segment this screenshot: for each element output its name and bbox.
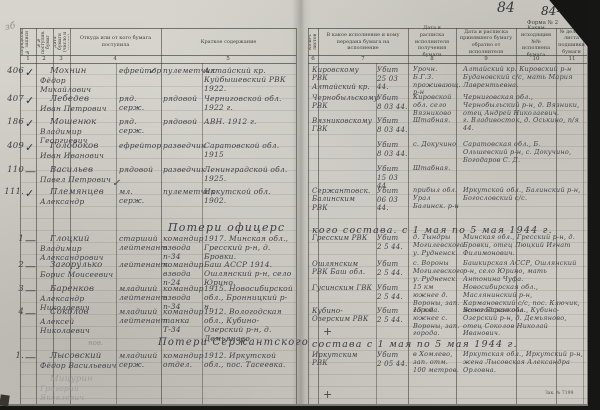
entry-duty: пулеметчик bbox=[163, 66, 202, 75]
check-mark-icon: ✓ bbox=[25, 117, 40, 130]
entry-sender: Иркутским РВК bbox=[312, 351, 373, 368]
entry-note: с. Вороны Могилевского у. Рудненск. bbox=[413, 260, 460, 283]
entry-rank: рядовой bbox=[119, 165, 160, 174]
entry-given-name: Борис Моисеевич bbox=[40, 270, 118, 279]
entry-number: 406 bbox=[2, 66, 24, 76]
entry-date: 8 03 44. bbox=[377, 103, 409, 111]
entry-duty: рядовой bbox=[163, 117, 202, 126]
section-header-sergeants-right: состава с 1 мая по 5 мая 1944 г. bbox=[312, 339, 518, 350]
entry-given-name: Иван Иванович bbox=[40, 151, 118, 160]
entry-duty: разведчик bbox=[163, 141, 202, 150]
entry-result: Убит bbox=[377, 351, 409, 359]
entry-name: Мохнин Фёдор Михайлович bbox=[40, 66, 118, 94]
column-header-7: В какое исполнение и кому передана бумаг… bbox=[319, 30, 407, 54]
entry-rank: лейтенант bbox=[119, 260, 160, 269]
entry-name: Племянцев Александр bbox=[40, 187, 118, 206]
column-header-5: Краткое содержание bbox=[162, 30, 295, 54]
entry-name: Соколов Алексей Николаевич bbox=[40, 307, 118, 335]
entry-address: Вологодская обл., Кубино-Озерский р-н, д… bbox=[463, 307, 585, 338]
entry-note: Кировской обл. село Вязниково bbox=[413, 94, 460, 117]
entry-result: Убит bbox=[377, 260, 409, 268]
form-label: Форма № 2 bbox=[527, 20, 558, 26]
entry-surname: Глоцкий bbox=[50, 234, 118, 244]
entry-number: 1 bbox=[2, 234, 24, 244]
entry-rank: младший лейтенант bbox=[119, 284, 160, 302]
entry-info: Ленинградской обл. 1925. bbox=[204, 165, 294, 183]
entry-duty: рядовой bbox=[163, 94, 202, 103]
entry-sender: Гресским РВК bbox=[312, 234, 373, 242]
column-header-8: Дата и расписка исполнителя получения бу… bbox=[409, 30, 455, 54]
entry-rank: ряд. серж. bbox=[119, 94, 160, 112]
column-number: 9 bbox=[480, 56, 492, 62]
column-number: 3 bbox=[55, 56, 67, 62]
entry-duty: командир взвода п-24 bbox=[163, 260, 202, 287]
entry-given-name: Павел Петрович bbox=[40, 175, 118, 184]
entry-result: Убит bbox=[377, 165, 409, 173]
paper-sheet: Порядковый № записи №№ поступив. бумаг Д… bbox=[0, 0, 588, 406]
entry-address: г. Владивосток, д. Оськино, п/я 44. bbox=[463, 117, 585, 133]
entry-given-name: Алексей Николаевич bbox=[40, 317, 118, 335]
entry-sender: Чернобыльскому РВК bbox=[312, 94, 373, 111]
section-header-officers-left: Потери офицерс bbox=[168, 221, 285, 234]
column-number: 5 bbox=[222, 56, 234, 62]
check-mark-icon: ✓ bbox=[25, 94, 40, 107]
entry-note: 15 км южнее с. Вороны, зап. города. bbox=[413, 307, 460, 338]
corner-scribble: зб bbox=[4, 21, 16, 33]
entry-given-name: Григорий Яковлевич bbox=[40, 384, 118, 402]
entry-name: Глоцкий Владимир Александрович bbox=[40, 234, 118, 262]
entry-date: 2 05 44. bbox=[377, 360, 409, 368]
entry-number: 110 bbox=[2, 165, 24, 175]
entry-rank: старший лейтенант bbox=[119, 234, 160, 252]
entry-sender: Кубино-Озерским РВК bbox=[312, 307, 373, 324]
entry-address: Иркутская обл., Иркутский р-н, жена Лысо… bbox=[463, 351, 585, 374]
entry-date: 8 03 44. bbox=[377, 150, 409, 158]
entry-note: Штабная. bbox=[413, 165, 460, 173]
entry-note: прибыл обл. Урал Балинск. р-н bbox=[413, 187, 460, 210]
entry-info: Саратовской обл. 1915 bbox=[204, 141, 294, 159]
column-number: 7 bbox=[357, 56, 369, 62]
check-mark-icon: — bbox=[25, 307, 40, 320]
entry-info: Баш АССР 1914. Ошлянский р-н, село Юрино… bbox=[204, 260, 294, 287]
entry-given-name: Фёдор Михайлович bbox=[40, 76, 118, 94]
entry-date: 2 5 44. bbox=[377, 243, 409, 251]
entry-sender: Сержантовск. Балинским РВК bbox=[312, 187, 373, 212]
entry-note: с. Докучино bbox=[413, 141, 460, 149]
entry-number: 4 bbox=[2, 307, 24, 317]
column-number: 11 bbox=[566, 56, 578, 62]
table-row: Мицурин Григорий Яковлевич bbox=[0, 374, 600, 400]
check-mark-icon: — bbox=[25, 284, 40, 297]
entry-result: Убит bbox=[377, 307, 409, 315]
entry-address: Минская обл., Гресский р-н, д. Бровки, о… bbox=[463, 234, 585, 257]
entry-duty: пулеметчик bbox=[163, 187, 202, 196]
entry-name: Голобоков Иван Иванович bbox=[40, 141, 118, 160]
entry-surname: Мохнин bbox=[50, 66, 118, 76]
entry-surname: Мицурин bbox=[50, 374, 118, 384]
entry-rank: мл. серж. bbox=[119, 187, 160, 205]
column-header-4: Откуда или от кого бумага поступила bbox=[71, 30, 160, 54]
entry-rank: младший серж. bbox=[119, 351, 160, 369]
entry-surname: Племянцев bbox=[50, 187, 118, 197]
entry-surname: Баренков bbox=[50, 284, 118, 294]
entry-address: Башкирская АССР, Ошлянский р-н, село Юри… bbox=[463, 260, 585, 283]
entry-rank: ряд. серж. bbox=[119, 117, 160, 135]
entry-result: Убит bbox=[377, 141, 409, 149]
entry-surname: Загорулько bbox=[50, 260, 118, 270]
entry-note: Штабная. bbox=[413, 117, 460, 125]
entry-info: Черниговской обл. 1922 г. bbox=[204, 94, 294, 112]
entry-info: Иркутской обл. 1902. bbox=[204, 187, 294, 205]
entry-result: Убит bbox=[377, 187, 409, 195]
check-mark-icon: ✓ bbox=[25, 66, 40, 79]
column-header-3: Дата бумаги (число и месяц) bbox=[54, 29, 69, 55]
entry-date: 06 03 44. bbox=[377, 196, 409, 213]
check-mark-icon: — bbox=[25, 260, 40, 273]
entry-duty: разведчик bbox=[163, 165, 202, 174]
entry-info: 1917. Минская обл., Гресский р-н, д. Бро… bbox=[204, 234, 294, 261]
entry-date: 2 5 44. bbox=[377, 293, 409, 301]
check-mark-icon: ✓ bbox=[25, 141, 40, 154]
entry-number: 2 bbox=[2, 260, 24, 270]
scanned-ledger-page: Порядковый № записи №№ поступив. бумаг Д… bbox=[0, 0, 600, 410]
entry-duty: командир отдел. bbox=[163, 351, 202, 369]
column-number: 6 bbox=[307, 56, 319, 62]
entry-result: Убит bbox=[377, 94, 409, 102]
entry-name: Лебедев Иван Петрович bbox=[40, 94, 118, 113]
entry-sender: Гусинским ГВК bbox=[312, 284, 373, 292]
entry-result: Убит bbox=[377, 234, 409, 242]
column-number: 10 bbox=[530, 56, 542, 62]
entry-date: 25 03 44. bbox=[377, 75, 409, 92]
entry-info: 1912. Иркутской обл., пос. Тасеевка. bbox=[204, 351, 294, 369]
entry-duty: командир взвода п-34 bbox=[163, 234, 202, 261]
entry-sender: Ошлянским РВК Баш обл. bbox=[312, 260, 373, 277]
column-header-9: Дата и расписка принявшего бумагу обратн… bbox=[457, 30, 515, 54]
entry-number: 3 bbox=[2, 284, 24, 294]
entry-rank: младший лейтенант bbox=[119, 307, 160, 325]
column-header-6: Колич. листов при бумаге bbox=[309, 29, 317, 55]
column-number: 8 bbox=[426, 56, 438, 62]
entry-result: Убит bbox=[377, 117, 409, 125]
entry-given-name: Иван Петрович bbox=[40, 104, 118, 113]
check-mark-icon: ✓ bbox=[25, 187, 40, 200]
entry-number: 407 bbox=[2, 94, 24, 104]
table-row: 1 — Глоцкий Владимир Александрович старш… bbox=[0, 234, 600, 260]
entry-surname: Васильев bbox=[50, 165, 118, 175]
page-number-alt: 84- bbox=[541, 4, 560, 18]
check-mark-icon: — bbox=[25, 351, 40, 364]
check-mark-icon: — bbox=[25, 234, 40, 247]
entry-name: Загорулько Борис Моисеевич bbox=[40, 260, 118, 279]
entry-given-name: Александр bbox=[40, 197, 118, 206]
entry-address: Саратовская обл., Б. Ольшевский р-н, с. … bbox=[463, 141, 585, 164]
entry-sender: Вязниковскому ГВК bbox=[312, 117, 373, 134]
entry-surname: Голобоков bbox=[50, 141, 118, 151]
entry-name: Лысовский Фёдор Васильевич bbox=[40, 351, 118, 370]
page-number: 84 bbox=[497, 0, 515, 16]
entry-date: 2 5 44. bbox=[377, 269, 409, 277]
entry-date: 8 03 44. bbox=[377, 126, 409, 134]
column-header-10: Каким исходящим №№ исполнена бумага bbox=[517, 30, 555, 54]
entry-info: АВН. 1912 г. bbox=[204, 117, 294, 126]
table-row: 406 ✓ Мохнин Фёдор Михайлович ефрейтор п… bbox=[0, 66, 600, 92]
table-row: 4 — Соколов Алексей Николаевич младший л… bbox=[0, 307, 600, 333]
table-row: 111. ✓ Племянцев Александр мл. серж. пул… bbox=[0, 187, 600, 213]
entry-rank: ефрейтор bbox=[119, 66, 160, 75]
entry-number: 1. bbox=[2, 351, 24, 361]
entry-address: Иркутской обл., Балинский р-н, Богословс… bbox=[463, 187, 585, 203]
entry-surname: Соколов bbox=[50, 307, 118, 317]
entry-address: Алтайский кр. Кировский р-н Будановский … bbox=[463, 66, 585, 89]
entry-surname: Лысовский bbox=[50, 351, 118, 361]
entry-rank: ефрейтор bbox=[119, 141, 160, 150]
check-mark-icon: — bbox=[25, 165, 40, 178]
entry-date: 2 5 44. bbox=[377, 316, 409, 324]
entry-given-name: Фёдор Васильевич bbox=[40, 361, 118, 370]
entry-info: Алтайский кр. Куйбышевский РВК 1922. bbox=[204, 66, 294, 93]
entry-info: 1912. Вологодская обл., Кубино-Озерский … bbox=[204, 307, 294, 343]
entry-number: 111. bbox=[2, 187, 24, 197]
entry-result: Убит bbox=[377, 284, 409, 292]
entry-note: д. Тындры Могилевского у. Рудненск. bbox=[413, 234, 460, 257]
column-header-2: №№ поступив. бумаг bbox=[37, 29, 52, 55]
column-header-1: Порядковый № записи bbox=[21, 29, 35, 55]
entry-result: Убит bbox=[377, 66, 409, 74]
entry-name: Мицурин Григорий Яковлевич bbox=[40, 374, 118, 402]
stray-note: нов. bbox=[88, 339, 103, 347]
column-number: 1 bbox=[22, 56, 34, 62]
table-row: 409 ✓ Голобоков Иван Иванович ефрейтор р… bbox=[0, 141, 600, 167]
entry-address: Черниговская обл., Чернобыльский р-н, д.… bbox=[463, 94, 585, 117]
entry-sender: Кировскому РВК Алтайский кр. bbox=[312, 66, 373, 91]
column-number: 2 bbox=[38, 56, 50, 62]
entry-surname: Лебедев bbox=[50, 94, 118, 104]
entry-number: 409 bbox=[2, 141, 24, 151]
column-number: 4 bbox=[109, 56, 121, 62]
entry-number: 186 bbox=[2, 117, 24, 127]
entry-note: в Хомлево, зап. отм. 100 метров. bbox=[413, 351, 460, 374]
entry-name: Васильев Павел Петрович bbox=[40, 165, 118, 184]
entry-duty: командир танка Т-34 bbox=[163, 307, 202, 334]
entry-surname: Мошенюк bbox=[50, 117, 118, 127]
